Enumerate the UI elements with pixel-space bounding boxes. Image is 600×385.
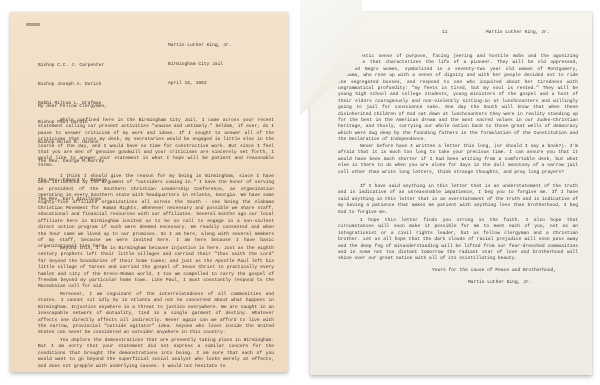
running-header: Martin Luther King, Jr. (486, 30, 549, 36)
paragraph-text: Beyond this, I am in Birmingham because … (38, 246, 274, 289)
paragraph-text: You deplore the demonstrations that are … (38, 338, 274, 369)
paragraph: I hope this letter finds you strong in t… (338, 218, 578, 263)
page-number: 11 (442, 30, 448, 36)
letter-page-1: Martin Luther King, Jr. Birmingham City … (10, 12, 288, 372)
paragraph: Never before have I written a letter thi… (338, 144, 578, 176)
addressee: Bishop C.C. J. Carpenter (38, 63, 107, 69)
paragraph-text: I think I should give the reason for my … (38, 174, 274, 249)
letter-date: April 16, 1963 (168, 81, 231, 87)
sender-header: Martin Luther King, Jr. Birmingham City … (168, 30, 231, 100)
paragraph-text: I hope this letter finds you strong in t… (338, 218, 578, 261)
paragraph: Beyond this, I am in Birmingham because … (38, 246, 274, 291)
paragraph-text: If I have said anything in this letter t… (338, 184, 578, 215)
closing-line: Yours for the cause of Peace and Brother… (432, 268, 556, 274)
paragraph: I think I should give the reason for my … (38, 174, 274, 251)
paragraph: Moreover, I am cognizant of the interrel… (38, 292, 274, 337)
paragraph: While confined here in the Birmingham Ci… (38, 118, 274, 169)
paragraph-text: Moreover, I am cognizant of the interrel… (38, 292, 274, 335)
addressee: Bishop Joseph A. Durick (38, 82, 107, 88)
paragraph: You deplore the demonstrations that are … (38, 338, 274, 370)
paragraph: If I have said anything in this letter t… (338, 184, 578, 216)
sender-name: Martin Luther King, Jr. (168, 43, 231, 49)
paragraph-text: While confined here in the Birmingham Ci… (38, 118, 274, 168)
paragraph: , a majestic sense of purpose, facing je… (338, 54, 578, 144)
signature: Martin Luther King, Jr. (468, 280, 531, 286)
sender-location: Birmingham City Jail (168, 62, 231, 68)
paper-clip-mark (26, 23, 40, 26)
paragraph-text: , a majestic sense of purpose, facing je… (338, 54, 578, 142)
salutation: My dear Fellow Clergymen, (38, 104, 107, 110)
paragraph-text: Never before have I written a letter thi… (338, 144, 578, 175)
